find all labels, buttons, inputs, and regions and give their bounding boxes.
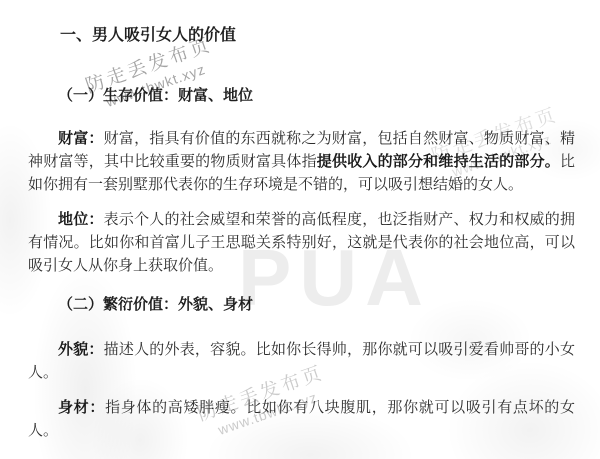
section-heading-survival-value: （一）生存价值：财富、地位 <box>28 85 575 108</box>
paragraph-label-status: 地位： <box>58 212 104 228</box>
paragraph-label-wealth: 财富： <box>58 131 104 147</box>
paragraph-wealth: 财富：财富，指具有价值的东西就称之为财富，包括自然财富、物质财富、精神财富等，其… <box>28 128 575 197</box>
paragraph-status: 地位：表示个人的社会威望和荣誉的高低程度，也泛指财产、权力和权威的拥有情况。比如… <box>28 209 575 278</box>
paragraph-text: 指身体的高矮胖瘦。比如你有八块腹肌，那你就可以吸引有点坏的女人。 <box>28 400 575 439</box>
section-heading-reproductive-value: （二）繁衍价值：外貌、身材 <box>28 294 575 317</box>
paragraph-body-shape: 身材：指身体的高矮胖瘦。比如你有八块腹肌，那你就可以吸引有点坏的女人。 <box>28 397 575 443</box>
paragraph-bold-text: 提供收入的部分和维持生活的部分。 <box>317 154 560 170</box>
document-page: PUA 防走丢发布页 www.tbwkt.xyz 防走丢发布页 www.tbwk… <box>0 0 600 459</box>
document-title: 一、男人吸引女人的价值 <box>28 24 575 47</box>
paragraph-text: 表示个人的社会威望和荣誉的高低程度，也泛指财产、权力和权威的拥有情况。比如你和首… <box>28 212 575 274</box>
paragraph-appearance: 外貌：描述人的外表，容貌。比如你长得帅，那你就可以吸引爱看帅哥的小女人。 <box>28 339 575 385</box>
paragraph-text: 描述人的外表，容貌。比如你长得帅，那你就可以吸引爱看帅哥的小女人。 <box>28 342 575 381</box>
document-content: 一、男人吸引女人的价值 （一）生存价值：财富、地位 财富：财富，指具有价值的东西… <box>28 24 575 455</box>
paragraph-label-body-shape: 身材： <box>58 400 105 416</box>
paragraph-label-appearance: 外貌： <box>58 342 104 358</box>
